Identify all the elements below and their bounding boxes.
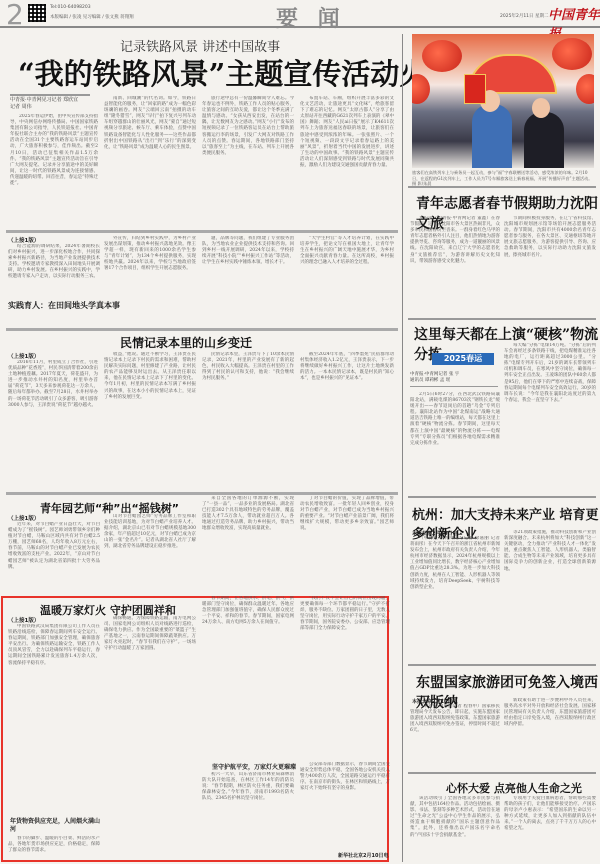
divider: [408, 186, 596, 188]
attendant-figure: [524, 112, 564, 168]
folk-col-2: 收益，”他说。通过不断学习，王泽贵在民情记录本上记录下村民的需求和困难，帮助村民…: [104, 352, 196, 488]
folk-col-1: 2016年11月，村里成立了合作社，引进优质品种“花香莲”，村民李国清带着200…: [8, 360, 98, 488]
mid-col-2: 外宣传，归结到乡村实践中，为乡村产业发展出谋划策，推动乡村振兴落地见效。像王学超…: [104, 236, 196, 326]
divider: [408, 318, 596, 320]
folk-col-4: 截至2024年年底，“四季墨苑”民宿群带动村集体经济收入1.2亿元，王泽贵表示，…: [300, 352, 394, 488]
folk-col-3: 民情记录本里，王泽贵写下了10余本民情记录，2021年，村里的产业发展有了新的起…: [202, 352, 294, 488]
paragraph: 南新、回城潮”的代名词。如今，铁路日益智能化的服务，让“回家的路”成为一幅色彩斑…: [104, 96, 196, 151]
page-number: 2: [6, 2, 24, 28]
volunteer-col-2: 节期间积极投身服务，在辽宁省科技馆、沈阳城市规划展示馆等场馆开展志愿服务活动。春…: [504, 216, 596, 316]
paragraph: 春节的脚步、温暖的小白菜、鲜活的水产品，各地年货市场供应充足，价格稳定，保障了群…: [8, 836, 100, 854]
lead-byline: 中青报·中青网见习记者 郑欣宜 记者 周伟: [10, 97, 100, 111]
folk-headline: 民情记录本里的山乡变迁: [120, 334, 252, 351]
paragraph: 民情记录本里，王泽贵写下了10余本民情记录，2021年，村里的产业发展有了新的起…: [202, 352, 294, 382]
logistics-col-2: 每天编“分拣”电煤14万吨。“分拣”后的列车会再经过多条铁路干线，把电煤精准运往…: [504, 343, 596, 488]
masthead: 2 Tel:010-64098203 本版编辑 / 张凌 见习编辑 / 张文燕 …: [0, 0, 600, 28]
divider: [408, 664, 596, 666]
byline-line: 通讯员 谭莉彬 孟 瑶: [410, 378, 500, 384]
lead-col-4: 布置车站、车厢，组织开展丰富多彩的文化文艺活动，让旅途更具“文化味”，给旅客留下…: [300, 96, 394, 228]
warm-sub2-right: 公安部等部门数据显示，春节期间全国交通安全形势总体平稳，全国各地公安机关投入警力…: [300, 762, 390, 850]
paragraph: “大学生村官”等人才培养计划，在实践中培养学生，把论文写在祖国大地上，让青年学生…: [300, 236, 394, 266]
paragraph: 近年来，对节白蜡产业日益壮大，对节白蜡成为了“摇钱树”。园艺师刘勇带领乡亲们种植…: [8, 522, 100, 571]
paragraph: 新政策有助于进一步便利中外人员往来，服务高水平对外开放和经济社会发展。国家移民管…: [504, 698, 596, 728]
warm-sub1-text: 春节的脚步、温暖的小白菜、鲜活的水产品，各地年货市场供应充足，价格稳定，保障了群…: [8, 836, 100, 860]
warm-subtitle-2: 坚守护航平安，万家灯火更璀璨: [212, 762, 296, 771]
divider: [10, 94, 90, 96]
paragraph: 公安部等部门数据显示，春节期间全国交通安全形势总体平稳，全国各地公安机关投入警力…: [300, 762, 390, 792]
telephone: Tel:010-64098203: [50, 5, 91, 10]
paragraph: 外宣传，归结到乡村实践中，为乡村产业发展出谋划策，推动乡村振兴落地见效。像王学超…: [104, 236, 196, 273]
lantern-icon: [412, 74, 430, 104]
byline-line: 记者 周伟: [10, 104, 100, 111]
divider: [408, 496, 596, 498]
lantern-icon: [552, 38, 592, 70]
paragraph: 该活动吸引了全国各地众多市民参与捐献，其中包括164位作品。活动包括绘画、摄影、…: [410, 796, 500, 839]
spring-travel-tag: 2025春运: [432, 353, 494, 365]
lead-col-1: 2025年春运伊始，由中央宣传部支持指导，中央网信办网络传播局、中国国家铁路集团…: [10, 114, 98, 228]
paragraph: 旅行途中总有一份温馨瞬间令人难忘。今年春运也不例外，铁路工作人员的贴心服务，让旅…: [202, 96, 294, 157]
love-col-1: 该活动吸引了全国各地众多市民参与捐献，其中包括164位作品。活动包括绘画、摄影、…: [410, 796, 500, 862]
paragraph: 本报讯（中青报·中青网记者 董鑫）在春节假期，辽宁省沈阳市各大景区热闹非凡，众多…: [410, 216, 500, 265]
paragraph: “我们不仅不会让自己的岗位出现问题，更要确保每一个环节都平稳运行。”守护不打烊，…: [300, 596, 390, 633]
attendant-head: [532, 98, 550, 118]
paragraph: 布置车站、车厢，组织开展丰富多彩的文化文艺活动，让旅途更具“文化味”，给旅客留下…: [300, 96, 394, 169]
lead-col-3: 旅行途中总有一份温馨瞬间令人难忘。今年春运也不例外，铁路工作人员的贴心服务，让旅…: [202, 96, 294, 228]
divider: [410, 386, 498, 387]
issue-date: 2025年2月11日 星期二: [500, 13, 548, 19]
warm-col-1: 中国铁路武汉局集团有限公司工作人员在铁路沿线巡检，保障春运期间列车安全运行。春运…: [8, 624, 100, 774]
paragraph: （中青报·中青网见习记者 徐嘉丽 记者 蒋雨彤）在今天下午召开的浙江省杭州市新闻…: [410, 536, 500, 591]
paragraph: 中国铁路武汉局集团有限公司工作人员在铁路沿线巡检，保障春运期间列车安全运行。春运…: [8, 624, 100, 667]
hangzhou-col-1: （中青报·中青网见习记者 徐嘉丽 记者 蒋雨彤）在今天下午召开的浙江省杭州市新闻…: [410, 536, 500, 630]
section-divider: [6, 230, 398, 233]
paragraph: 确保畅通。为保障铁路运输，南方电网公司、国家电网公司组织人员对线路进行巡检，确保…: [104, 616, 196, 653]
lantern-icon: [576, 74, 594, 104]
paragraph: 收益，”他说。通过不断学习，王泽贵在民情记录本上记录下村民的需求和困难，帮助村民…: [104, 352, 196, 401]
paragraph: 山对节白蜡园艺师”劳务品牌工作室和职业技能培训基地，为对节白蜡产业培养人才。据介…: [104, 514, 196, 551]
qr-code-icon: [28, 4, 46, 22]
paragraph: （中青报·中青网记者 程春申）国家移民管理局今天发布公告，即日起，实施东盟国家旅…: [410, 704, 500, 734]
warm-col-3: 春节期间，在各地供水、供电、供气、供暖部门坚守岗位，确保群众温暖过年。各地应急管…: [202, 596, 294, 760]
gardener-col-2: 山对节白蜡园艺师”劳务品牌工作室和职业技能培训基地，为对节白蜡产业培养人才。据介…: [104, 514, 196, 590]
practice-subtitle: 实践育人：在田间地头学真本事: [8, 300, 120, 311]
section-divider: [6, 492, 398, 495]
warm-sub2-text: 初六一大早，山东省济南市林业局森林消防大队开始巡查，在林区工作14年的消防员说：…: [202, 772, 294, 860]
editors: 本版编辑 / 张凌 见习编辑 / 张文燕 蒋翔翔: [50, 14, 134, 20]
love-headline: 心怀大爱 点亮他人生命之光: [446, 780, 582, 796]
warm-subtitle-1: 年货物资供应充足，人间烟火满山河: [10, 818, 100, 834]
gardener-col-4: 了对节白蜡的价值，实现了品牌增值，带动农民增收致富。一批年轻人回乡创业，投身对节…: [300, 496, 394, 590]
paragraph: 2月5日6时27分，在西北武汉铁路局襄阳北站，满载电煤的86703次“钢铁长龙”…: [410, 392, 500, 447]
mid-col-3: 题，品牌等问题，我们组建了专业服务团队，为当地农业企业提供技术支持和咨询。回到乡…: [202, 236, 294, 326]
paragraph: 春节期间，在各地供水、供电、供气、供暖部门坚守岗位，确保群众温暖过年。各地应急管…: [202, 596, 294, 626]
love-col-2: 专项用于关爱白血病患者，帮助那些需要帮助的孩子们，让他们能够接受治疗。卢国乐的母…: [504, 796, 596, 862]
volunteer-col-1: 本报讯（中青报·中青网记者 董鑫）在春节假期，辽宁省沈阳市各大景区热闹非凡，众多…: [410, 216, 500, 316]
paragraph: 初六一大早，山东省济南市林业局森林消防大队开始巡查，在林区工作14年的消防员说：…: [202, 772, 294, 802]
gardener-col-1: 近年来，对节白蜡产业日益壮大，对节白蜡成为了“摇钱树”。园艺师刘勇带领乡亲们种植…: [8, 522, 100, 590]
paragraph: 结合能源的调研结果，2024年暑期校长们对乡村振兴，进一步深化校地合作，共同探索…: [8, 244, 100, 281]
paragraph: 题，品牌等问题，我们组建了专业服务团队，为当地农业企业提供技术支持和咨询。回到乡…: [202, 236, 294, 266]
section-divider: [6, 328, 398, 331]
mid-col-4: “大学生村官”等人才培养计划，在实践中培养学生，把论文写在祖国大地上，让青年学生…: [300, 236, 394, 326]
asean-col-2: 新政策有助于进一步便利中外人员往来，服务高水平对外开放和经济社会发展。国家移民管…: [504, 698, 596, 752]
news-photo: [412, 34, 594, 168]
paragraph: 节期间积极投身服务，在辽宁省科技馆、沈阳城市规划展示馆等场馆开展志愿服务活动。春…: [504, 216, 596, 259]
paragraph: 了对节白蜡的价值，实现了品牌增值，带动农民增收致富。一批年轻人回乡创业，投身对节…: [300, 496, 394, 533]
divider: [408, 772, 596, 774]
paragraph: 来自全国各地的订单源源不断，实现了“一县一品”，一品多业的发展格局。湖北省已打造…: [202, 496, 294, 533]
photo-caption: 旅客们在高铁列车上与乘务员一起互动，参与“福”字春联赠送等活动，感受浓浓的年味。…: [412, 170, 594, 187]
mid-col-1: 结合能源的调研结果，2024年暑期校长们对乡村振兴，进一步深化校地合作，共同探索…: [8, 244, 100, 296]
passenger-figure: [472, 104, 512, 168]
fu-sign: [464, 74, 486, 104]
lead-col-2: 南新、回城潮”的代名词。如今，铁路日益智能化的服务，让“回家的路”成为一幅色彩斑…: [104, 96, 196, 228]
byline-line: 中青报·中青网见习记者 郑欣宜: [10, 97, 100, 104]
paragraph: 2016年11月，村里成立了合作社，引进优质品种“花香莲”，村民李国清带着200…: [8, 360, 98, 409]
xinhua-dateline: 新华社北京2月10日电: [338, 852, 388, 859]
continued-label: （上接1版）: [8, 352, 39, 360]
continued-label: （上接1版）: [8, 616, 39, 624]
logistics-col-1: 2月5日6时27分，在西北武汉铁路局襄阳北站，满载电煤的86703次“钢铁长龙”…: [410, 392, 500, 488]
continued-label: （上接1版）: [8, 514, 39, 522]
asean-col-1: （中青报·中青网记者 程春申）国家移民管理局今天发布公告，即日起，实施东盟国家旅…: [410, 704, 500, 752]
warm-col-2: 确保畅通。为保障铁路运输，南方电网公司、国家电网公司组织人员对线路进行巡检，确保…: [104, 616, 196, 800]
paragraph: 等21项政策措施，推动科技创新和产业创新深度融合。未来杭州将加大“科技创新”这一…: [504, 530, 596, 573]
hangzhou-col-2: 等21项政策措施，推动科技创新和产业创新深度融合。未来杭州将加大“科技创新”这一…: [504, 530, 596, 630]
section-title: 要 闻: [276, 2, 346, 33]
gardener-col-3: 来自全国各地的订单源源不断，实现了“一县一品”，一品多业的发展格局。湖北省已打造…: [202, 496, 294, 590]
column-divider: [402, 34, 403, 862]
continued-label: （上接1版）: [8, 236, 39, 244]
warm-col-4: “我们不仅不会让自己的岗位出现问题，更要确保每一个环节都平稳运行。”守护不打烊，…: [300, 596, 390, 760]
paragraph: 每天编“分拣”电煤14万吨。“分拣”后的列车会再经过多条铁路干线，把电煤精准运往…: [504, 343, 596, 404]
paragraph: 2025年春运伊始，由中央宣传部支持指导，中央网信办网络传播局、中国国家铁路集团…: [10, 114, 98, 187]
paragraph: 截至2024年年底，“四季墨苑”民宿群带动村集体经济收入1.2亿元，王泽贵表示，…: [300, 352, 394, 382]
logistics-byline: 中青报·中青网记者 张 宇 通讯员 谭莉彬 孟 瑶: [410, 372, 500, 384]
lantern-icon: [422, 40, 462, 72]
paragraph: 专项用于关爱白血病患者，帮助那些需要帮助的孩子们，让他们能够接受治疗。卢国乐的母…: [504, 796, 596, 833]
